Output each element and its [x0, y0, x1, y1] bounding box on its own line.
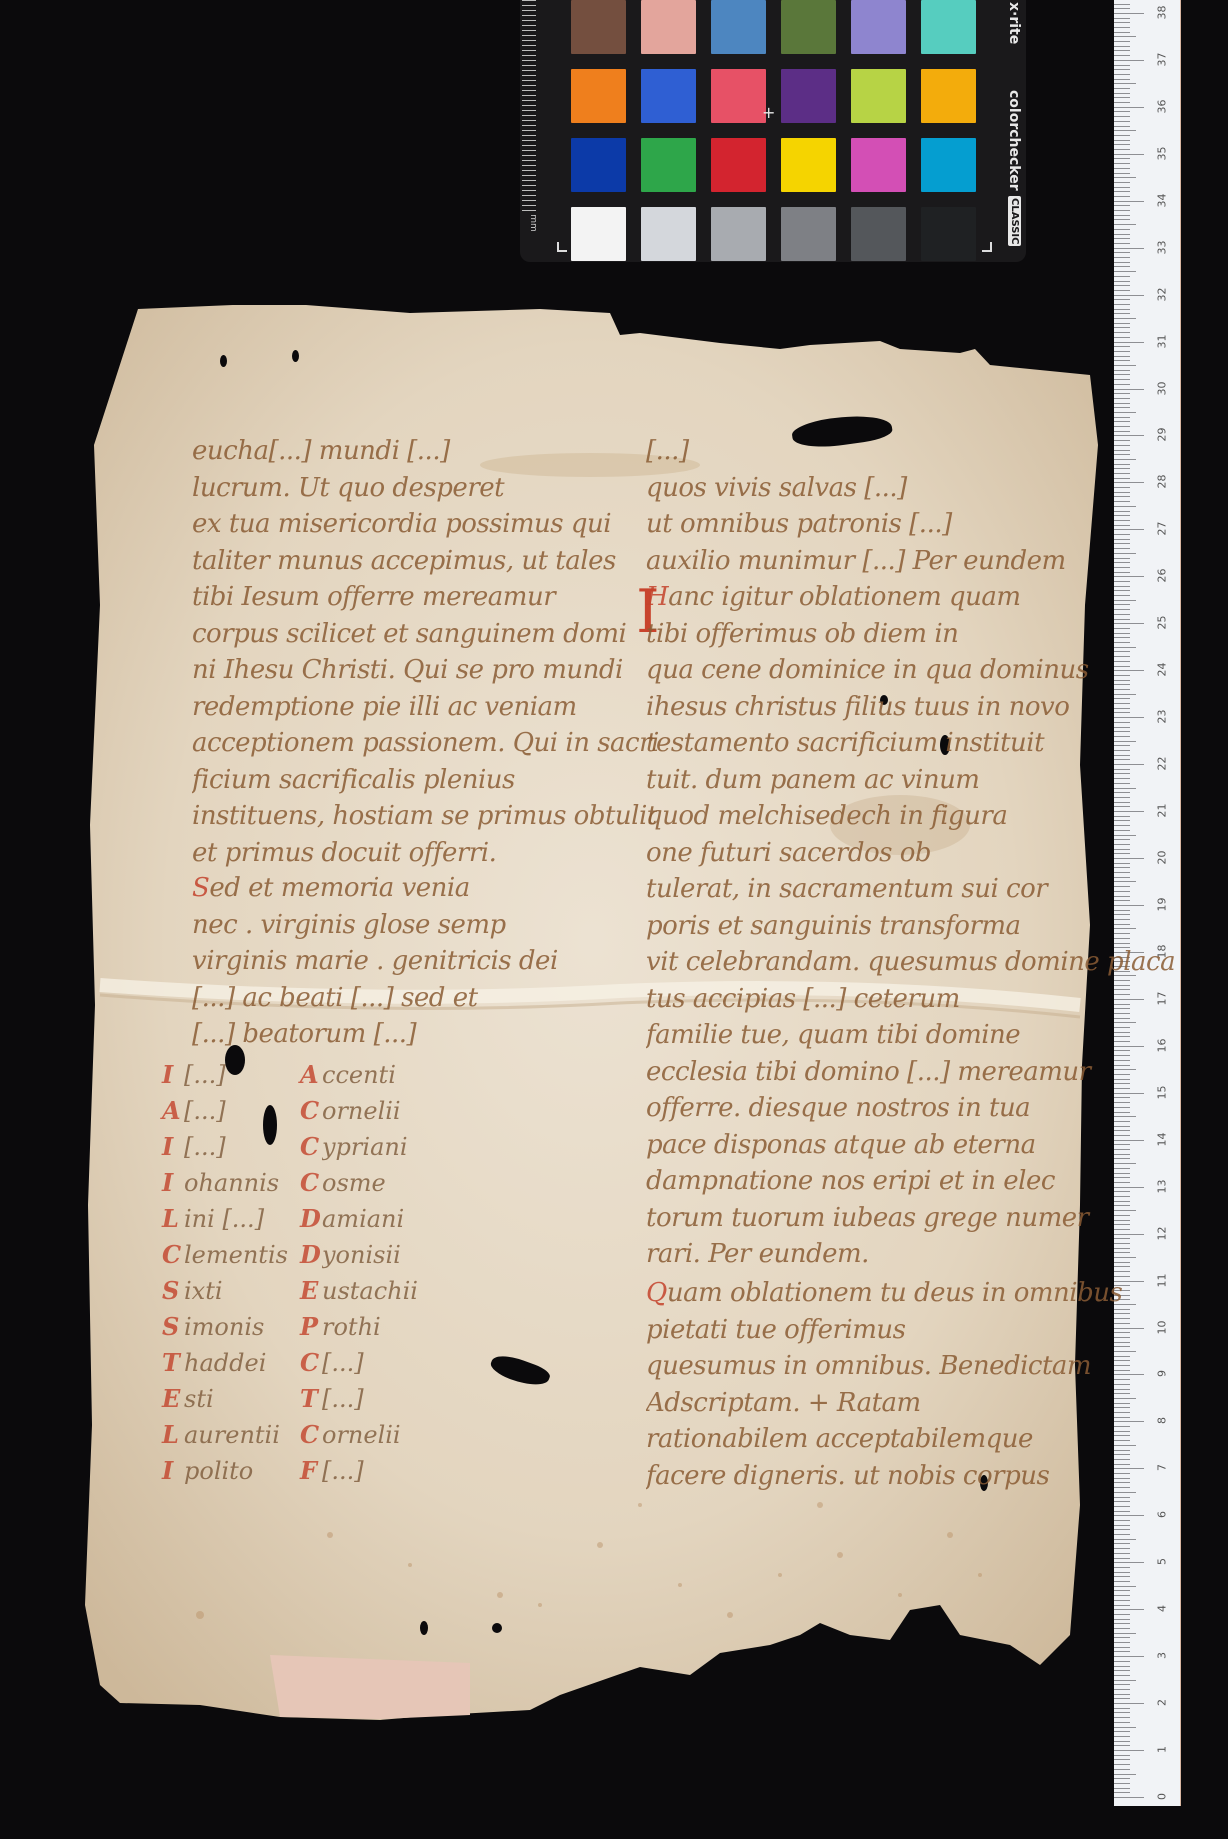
saint-name: amiani	[322, 1201, 452, 1237]
color-patch	[921, 69, 976, 123]
ruler-tick	[1114, 18, 1130, 19]
damage-hole	[292, 350, 299, 362]
ruler-tick	[1114, 191, 1130, 192]
ruler-tick	[1114, 459, 1136, 460]
ruler-tick	[1114, 229, 1130, 230]
ruler-tick	[1114, 1764, 1130, 1765]
ruler-tick	[1114, 450, 1130, 451]
crosshair-icon: +	[762, 103, 775, 122]
ruler-tick	[1114, 196, 1130, 197]
right-column-prayer: Hanc igitur oblationem quamtibi offerimu…	[646, 579, 1175, 1273]
rubric-initial: I	[162, 1453, 184, 1489]
ruler-tick	[1114, 13, 1144, 14]
ruler-tick	[1114, 97, 1130, 98]
ruler-tick	[1114, 1651, 1130, 1652]
ruler-tick	[1114, 393, 1130, 394]
calendar-entry: C[...]	[300, 1345, 452, 1381]
ruler-tick	[1114, 356, 1130, 357]
left-rubric-text: Sed et memoria venianec . virginis glose…	[192, 870, 558, 1053]
ruler-tick	[1114, 116, 1130, 117]
color-patch	[781, 0, 836, 54]
ruler-tick	[1114, 1694, 1130, 1695]
ruler-tick	[1114, 379, 1130, 380]
ruler-tick	[1114, 506, 1136, 507]
ruler-tick	[1114, 496, 1130, 497]
manuscript-line: vit celebrandam. quesumus domine placa	[646, 944, 1175, 981]
saint-name: [...]	[184, 1093, 314, 1129]
ruler-tick	[1114, 1783, 1130, 1784]
manuscript-line: [...]	[646, 433, 1066, 470]
ruler-tick	[1114, 332, 1130, 333]
ruler-tick	[1114, 534, 1130, 535]
ruler-tick	[1114, 238, 1130, 239]
ruler-tick	[1114, 1741, 1130, 1742]
manuscript-line: torum tuorum iubeas grege numer	[646, 1200, 1175, 1237]
calendar-entry: Dyonisii	[300, 1237, 452, 1273]
rubric-initial: D	[300, 1201, 322, 1237]
calendar-entry: Thaddei	[162, 1345, 314, 1381]
ruler-tick	[1114, 1712, 1130, 1713]
calendar-entry: I[...]	[162, 1129, 314, 1165]
calendar-entry: Clementis	[162, 1237, 314, 1273]
ruler-tick	[1114, 1628, 1130, 1629]
rubric-initial: I	[162, 1057, 184, 1093]
ruler-tick	[1114, 525, 1130, 526]
ruler-tick	[1114, 1511, 1130, 1512]
calendar-entry: Lini [...]	[162, 1201, 314, 1237]
rubric-initial: C	[300, 1129, 322, 1165]
rubric-initial: T	[162, 1345, 184, 1381]
ruler-tick	[1114, 421, 1130, 422]
color-patch	[921, 207, 976, 261]
ruler-tick	[1114, 257, 1130, 258]
manuscript-line: virginis marie . genitricis dei	[192, 943, 558, 980]
ruler-tick	[1114, 398, 1130, 399]
color-patch	[571, 0, 626, 54]
color-patch	[641, 138, 696, 192]
rubric-initial: T	[300, 1381, 322, 1417]
ruler-tick	[1114, 1661, 1130, 1662]
ruler-tick	[1114, 389, 1144, 390]
ruler-tick	[1114, 478, 1130, 479]
product-label: colorchecker CLASSIC	[1006, 90, 1022, 246]
manuscript-line: eucha[...] mundi [...]	[192, 433, 659, 470]
calendar-entry: Eustachii	[300, 1273, 452, 1309]
manuscript-line: ni Ihesu Christi. Qui se pro mundi	[192, 652, 659, 689]
calendar-entry: Simonis	[162, 1309, 314, 1345]
ruler-label: 4	[1156, 1599, 1169, 1619]
manuscript-line: testamento sacrificium instituit	[646, 725, 1175, 762]
rubric-initial: I	[162, 1165, 184, 1201]
ruler-tick	[1114, 435, 1144, 436]
ruler-tick	[1114, 1684, 1130, 1685]
color-patch	[641, 0, 696, 54]
rubric-initial: C	[300, 1093, 322, 1129]
damage-hole	[420, 1621, 428, 1635]
ruler-tick	[1114, 323, 1130, 324]
ruler-tick	[1114, 4, 1130, 5]
ruler-tick	[1114, 1572, 1130, 1573]
ruler-tick	[1114, 1647, 1130, 1648]
ruler-tick	[1114, 187, 1130, 188]
color-patch	[851, 0, 906, 54]
ruler-tick	[1114, 1755, 1130, 1756]
manuscript-line: pietati tue offerimus	[646, 1312, 1122, 1349]
ruler-tick	[1114, 539, 1130, 540]
rubric-initial: E	[162, 1381, 184, 1417]
ruler-tick	[1114, 342, 1144, 343]
classic-badge: CLASSIC	[1008, 196, 1021, 246]
calendar-entry: Cosme	[300, 1165, 452, 1201]
ruler-tick	[1114, 1788, 1130, 1789]
ruler-label: 33	[1156, 237, 1169, 257]
manuscript-line: [...] ac beati [...] sed et	[192, 980, 558, 1017]
ruler-tick	[1114, 370, 1130, 371]
ruler-tick	[1114, 215, 1130, 216]
ruler-tick	[1114, 407, 1130, 408]
ruler-label: 38	[1156, 2, 1169, 22]
ruler-tick	[1114, 1586, 1136, 1587]
ruler-tick	[1114, 173, 1130, 174]
ruler-label: 0	[1156, 1787, 1169, 1807]
ruler-tick	[1114, 102, 1130, 103]
rubric-initial: S	[162, 1273, 184, 1309]
manuscript-line: pace disponas atque ab eterna	[646, 1127, 1175, 1164]
manuscript-line: acceptionem passionem. Qui in sacri	[192, 725, 659, 762]
saint-name: [...]	[322, 1453, 452, 1489]
calendar-list-right: AccentiCorneliiCyprianiCosmeDamianiDyoni…	[300, 1057, 452, 1489]
ruler-tick	[1114, 492, 1130, 493]
ruler-label: 34	[1156, 190, 1169, 210]
manuscript-line: ecclesia tibi domino [...] mereamur	[646, 1054, 1175, 1091]
manuscript-line: taliter munus accepimus, ut tales	[192, 543, 659, 580]
saint-name: ini [...]	[184, 1201, 314, 1237]
calendar-entry: Damiani	[300, 1201, 452, 1237]
rubric-initial: A	[162, 1093, 184, 1129]
ruler-tick	[1114, 1708, 1130, 1709]
ruler-tick	[1114, 1605, 1130, 1606]
saint-name: yonisii	[322, 1237, 452, 1273]
ruler-tick	[1114, 1567, 1130, 1568]
ruler-tick	[1114, 1619, 1130, 1620]
ruler-tick	[1114, 243, 1130, 244]
ruler-label: 7	[1156, 1458, 1169, 1478]
ruler-label: 30	[1156, 378, 1169, 398]
calendar-entry: Esti	[162, 1381, 314, 1417]
ruler-tick	[1114, 1614, 1130, 1615]
corner-mark	[557, 242, 567, 252]
ruler-label: 32	[1156, 284, 1169, 304]
ruler-tick	[1114, 74, 1130, 75]
ruler-tick	[1114, 36, 1136, 37]
ruler-tick	[1114, 285, 1130, 286]
ruler-tick	[1114, 1745, 1130, 1746]
right-column-text: [...]quos vivis salvas [...]ut omnibus p…	[646, 433, 1066, 579]
ruler-tick	[1114, 487, 1130, 488]
ruler-tick	[1114, 417, 1130, 418]
ruler-tick	[1114, 281, 1130, 282]
ruler-tick	[1114, 1731, 1130, 1732]
ruler-tick	[1114, 1642, 1130, 1643]
ruler-label: 2	[1156, 1693, 1169, 1713]
color-patch	[571, 207, 626, 261]
saint-name: [...]	[184, 1057, 314, 1093]
ruler-label: 6	[1156, 1505, 1169, 1525]
manuscript-line: tibi Iesum offerre mereamur	[192, 579, 659, 616]
ruler-tick	[1114, 1595, 1130, 1596]
ruler-tick	[1114, 576, 1144, 577]
calendar-entry: Cornelii	[300, 1417, 452, 1453]
rubric-initial: C	[300, 1165, 322, 1201]
manuscript-line: qua cene dominice in qua dominus	[646, 652, 1175, 689]
ruler-tick	[1114, 384, 1130, 385]
manuscript-line: tus accipias [...] ceterum	[646, 981, 1175, 1018]
manuscript-line: quod melchisedech in figura	[646, 798, 1175, 835]
ruler-tick	[1114, 1534, 1130, 1535]
manuscript-line: offerre. diesque nostros in tua	[646, 1090, 1175, 1127]
manuscript-line: nec . virginis glose semp	[192, 907, 558, 944]
rubric-initial: C	[300, 1345, 322, 1381]
ruler-label: 1	[1156, 1740, 1169, 1760]
rubric-initial: A	[300, 1057, 322, 1093]
manuscript-line: Hanc igitur oblationem quam	[646, 579, 1175, 616]
ruler-tick	[1114, 1562, 1144, 1563]
color-patch	[781, 207, 836, 261]
ruler-tick	[1114, 572, 1130, 573]
color-patch	[641, 207, 696, 261]
ruler-tick	[1114, 473, 1130, 474]
ruler-tick	[1114, 1703, 1144, 1704]
manuscript-line: [...] beatorum [...]	[192, 1016, 558, 1053]
manuscript-line: rari. Per eundem.	[646, 1236, 1175, 1273]
ruler-tick	[1114, 262, 1130, 263]
ruler-tick	[1114, 318, 1136, 319]
ruler-tick	[1114, 365, 1136, 366]
ruler-tick	[1114, 83, 1136, 84]
ruler-tick	[1114, 304, 1130, 305]
ruler-tick	[1114, 445, 1130, 446]
brand-label: x·rite	[1006, 2, 1022, 44]
ruler-tick	[1114, 515, 1130, 516]
ruler-tick	[1114, 1543, 1130, 1544]
ruler-tick	[1114, 1736, 1130, 1737]
ruler-tick	[1114, 224, 1136, 225]
ruler-tick	[1114, 440, 1130, 441]
saint-name: ccenti	[322, 1057, 452, 1093]
manuscript-line: redemptione pie illi ac veniam	[192, 689, 659, 726]
ruler-tick	[1114, 558, 1130, 559]
ruler-tick	[1114, 468, 1130, 469]
corner-mark	[982, 242, 992, 252]
ruler-tick	[1114, 46, 1130, 47]
ruler-tick	[1114, 346, 1130, 347]
ruler-tick	[1114, 60, 1144, 61]
ruler-tick	[1114, 412, 1136, 413]
manuscript-line: poris et sanguinis transforma	[646, 908, 1175, 945]
ruler-tick	[1114, 360, 1130, 361]
ruler-tick	[1114, 543, 1130, 544]
ruler-tick	[1114, 32, 1130, 33]
manuscript-leaf: eucha[...] mundi [...]lucrum. Ut quo des…	[80, 305, 1100, 1745]
ruler-tick	[1114, 327, 1130, 328]
ruler-tick	[1114, 205, 1130, 206]
manuscript-line: tibi offerimus ob diem in	[646, 616, 1175, 653]
manuscript-line: corpus scilicet et sanguinem domi	[192, 616, 659, 653]
color-patch	[641, 69, 696, 123]
ruler-tick	[1114, 69, 1130, 70]
ruler-tick	[1114, 140, 1130, 141]
color-patch	[711, 138, 766, 192]
rubric-initial: S	[162, 1309, 184, 1345]
ruler-tick	[1114, 403, 1130, 404]
manuscript-line: et primus docuit offerri.	[192, 835, 659, 872]
saint-name: lementis	[184, 1237, 314, 1273]
ruler-tick	[1114, 1680, 1136, 1681]
saint-name: imonis	[184, 1309, 314, 1345]
rubric-initial: C	[300, 1417, 322, 1453]
ruler-label: 29	[1156, 425, 1169, 445]
ruler-tick	[1114, 295, 1144, 296]
ruler-tick	[1114, 431, 1130, 432]
ruler-tick	[1114, 55, 1130, 56]
saint-name: haddei	[184, 1345, 314, 1381]
saint-name: ypriani	[322, 1129, 452, 1165]
rubric-initial: Q	[646, 1278, 667, 1308]
manuscript-line: Quam oblationem tu deus in omnibus	[646, 1275, 1122, 1312]
ruler-tick	[1114, 351, 1130, 352]
manuscript-line: ex tua misericordia possimus qui	[192, 506, 659, 543]
ruler-tick	[1114, 1637, 1130, 1638]
ruler-tick	[1114, 1539, 1136, 1540]
ruler-tick	[1114, 149, 1130, 150]
ruler-tick	[1114, 210, 1130, 211]
ruler-tick	[1114, 168, 1130, 169]
rubric-initial: F	[300, 1453, 322, 1489]
calendar-entry: A[...]	[162, 1093, 314, 1129]
rubric-initial: E	[300, 1273, 322, 1309]
ruler-tick	[1114, 553, 1136, 554]
ruler-label: 11	[1156, 1270, 1169, 1290]
ruler-tick	[1114, 501, 1130, 502]
ruler-tick	[1114, 41, 1130, 42]
color-patch	[851, 207, 906, 261]
ruler-tick	[1114, 276, 1130, 277]
calendar-entry: I[...]	[162, 1057, 314, 1093]
manuscript-line: one futuri sacerdos ob	[646, 835, 1175, 872]
saint-name: ornelii	[322, 1417, 452, 1453]
manuscript-line: ihesus christus filius tuus in novo	[646, 689, 1175, 726]
ruler-tick	[1114, 271, 1136, 272]
left-column-text: eucha[...] mundi [...]lucrum. Ut quo des…	[192, 433, 659, 871]
ruler-tick	[1114, 135, 1130, 136]
ruler-tick	[1114, 1501, 1130, 1502]
ruler-tick	[1114, 482, 1144, 483]
ruler-tick	[1114, 88, 1130, 89]
ruler-tick	[1114, 121, 1130, 122]
ruler-tick	[1114, 126, 1130, 127]
damage-hole	[492, 1623, 502, 1633]
ruler-tick	[1114, 520, 1130, 521]
calendar-entry: T[...]	[300, 1381, 452, 1417]
ruler-tick	[1114, 313, 1130, 314]
color-patch	[921, 0, 976, 54]
manuscript-line: tulerat, in sacramentum sui cor	[646, 871, 1175, 908]
ruler-tick	[1114, 163, 1130, 164]
manuscript-line: facere digneris. ut nobis corpus	[646, 1458, 1122, 1495]
ruler-tick	[1114, 144, 1130, 145]
saint-name: ohannis	[184, 1165, 314, 1201]
calendar-entry: Ipolito	[162, 1453, 314, 1489]
manuscript-line: quesumus in omnibus. Benedictam	[646, 1348, 1122, 1385]
saint-name: polito	[184, 1453, 314, 1489]
ruler-tick	[1114, 27, 1130, 28]
ruler-label: 10	[1156, 1317, 1169, 1337]
calendar-entry: Accenti	[300, 1057, 452, 1093]
calendar-entry: Sixti	[162, 1273, 314, 1309]
ruler-label: 28	[1156, 472, 1169, 492]
manuscript-line: auxilio munimur [...] Per eundem	[646, 543, 1066, 580]
color-patch	[711, 69, 766, 123]
color-patch	[851, 138, 906, 192]
manuscript-line: dampnatione nos eripi et in elec	[646, 1163, 1175, 1200]
color-patch	[781, 69, 836, 123]
ruler-tick	[1114, 1666, 1130, 1667]
ruler-tick	[1114, 1525, 1130, 1526]
saint-name: ornelii	[322, 1093, 452, 1129]
ruler-tick	[1114, 454, 1130, 455]
ruler-tick	[1114, 548, 1130, 549]
ruler-tick	[1114, 299, 1130, 300]
ruler-tick	[1114, 79, 1130, 80]
ruler-tick	[1114, 464, 1130, 465]
ruler-label: 31	[1156, 331, 1169, 351]
rubric-initial: S	[192, 873, 209, 903]
ruler-tick	[1114, 1670, 1130, 1671]
manuscript-line: quos vivis salvas [...]	[646, 470, 1066, 507]
ruler-tick	[1114, 1689, 1130, 1690]
ruler-tick	[1114, 201, 1144, 202]
manuscript-line: Adscriptam. + Ratam	[646, 1385, 1122, 1422]
ruler-tick	[1114, 1590, 1130, 1591]
ruler-tick	[1114, 1581, 1130, 1582]
saint-name: osme	[322, 1165, 452, 1201]
color-patch	[571, 138, 626, 192]
ruler-tick	[1114, 1717, 1130, 1718]
calendar-entry: F[...]	[300, 1453, 452, 1489]
manuscript-line: instituens, hostiam se primus obtulit	[192, 798, 659, 835]
ruler-tick	[1114, 158, 1130, 159]
ruler-tick	[1114, 1520, 1130, 1521]
ruler-tick	[1114, 1675, 1130, 1676]
ruler-label: 35	[1156, 143, 1169, 163]
ruler-tick	[1114, 50, 1130, 51]
mm-label: mm	[528, 214, 538, 232]
saint-name: [...]	[184, 1129, 314, 1165]
saint-name: aurentii	[184, 1417, 314, 1453]
ruler-tick	[1114, 374, 1130, 375]
product-name: colorchecker	[1006, 90, 1022, 191]
ruler-tick	[1114, 309, 1130, 310]
ruler-tick	[1114, 1609, 1144, 1610]
damage-hole	[220, 355, 227, 367]
calendar-entry: Iohannis	[162, 1165, 314, 1201]
color-patch	[711, 0, 766, 54]
manuscript-line: ut omnibus patronis [...]	[646, 506, 1066, 543]
saint-name: [...]	[322, 1345, 452, 1381]
calendar-entry: Cypriani	[300, 1129, 452, 1165]
manuscript-line: familie tue, quam tibi domine	[646, 1017, 1175, 1054]
ruler-tick	[1114, 1600, 1130, 1601]
